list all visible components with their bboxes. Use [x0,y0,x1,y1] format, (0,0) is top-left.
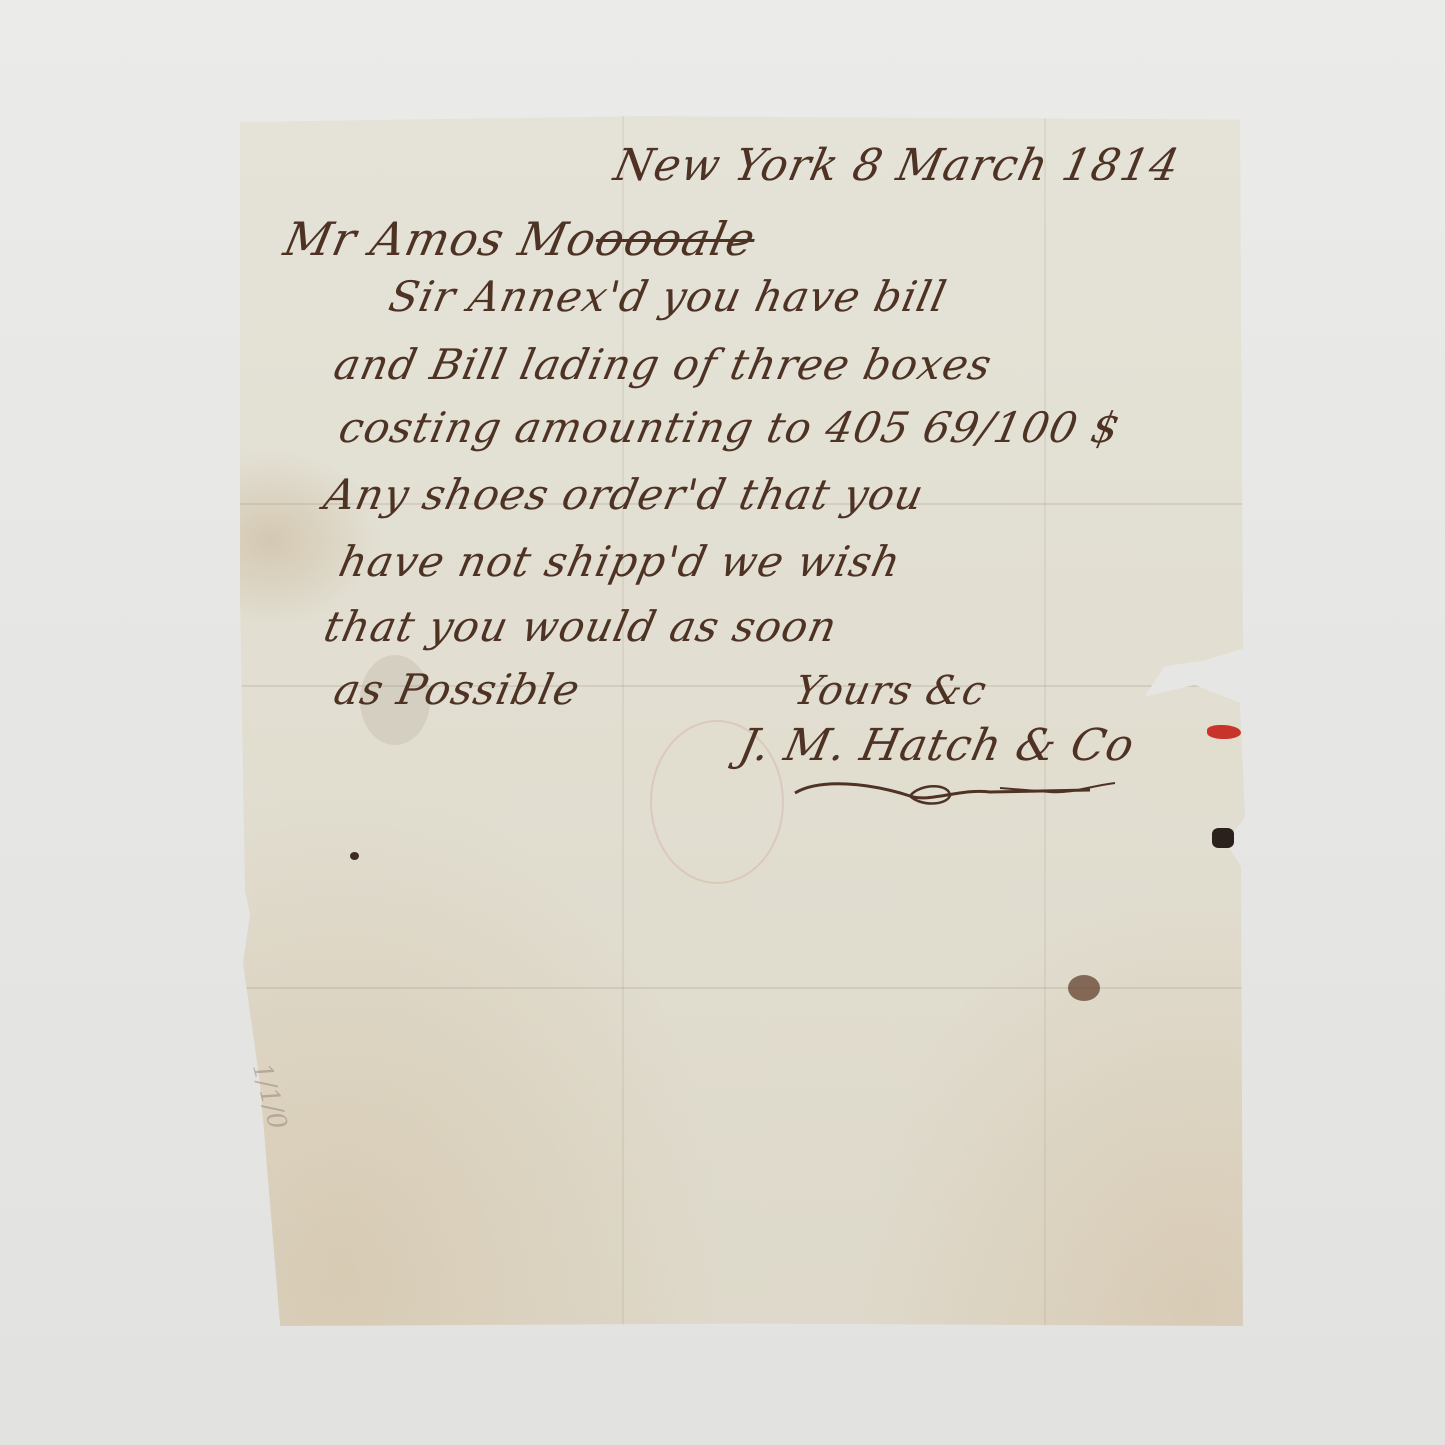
body-line-6: that you would as soon [320,602,842,651]
body-line-5: have not shipp'd we wish [335,537,906,586]
struck-text: oooale [591,212,761,266]
ink-stain [1068,975,1100,1001]
wax-seal [1207,725,1241,739]
closing: Yours &c [790,668,991,714]
signature-flourish [790,778,1120,808]
body-line-7: as Possible [330,665,585,714]
ink-blot [1212,828,1234,848]
addressee-name: Mr Amos [279,212,509,266]
body-line-2: and Bill lading of three boxes [330,340,997,389]
addressee: Mr Amos Mooooale [279,212,760,266]
body-line-1: Sir Annex'd you have bill [385,272,951,321]
signature: J. M. Hatch & Co [735,720,1140,771]
body-line-3: costing amounting to 405 69/100 $ [335,403,1125,452]
dateline: New York 8 March 1814 [610,140,1185,191]
body-line-4: Any shoes order'd that you [320,470,929,519]
ink-dot [350,852,359,860]
addressee-surname: Mo [514,212,602,266]
